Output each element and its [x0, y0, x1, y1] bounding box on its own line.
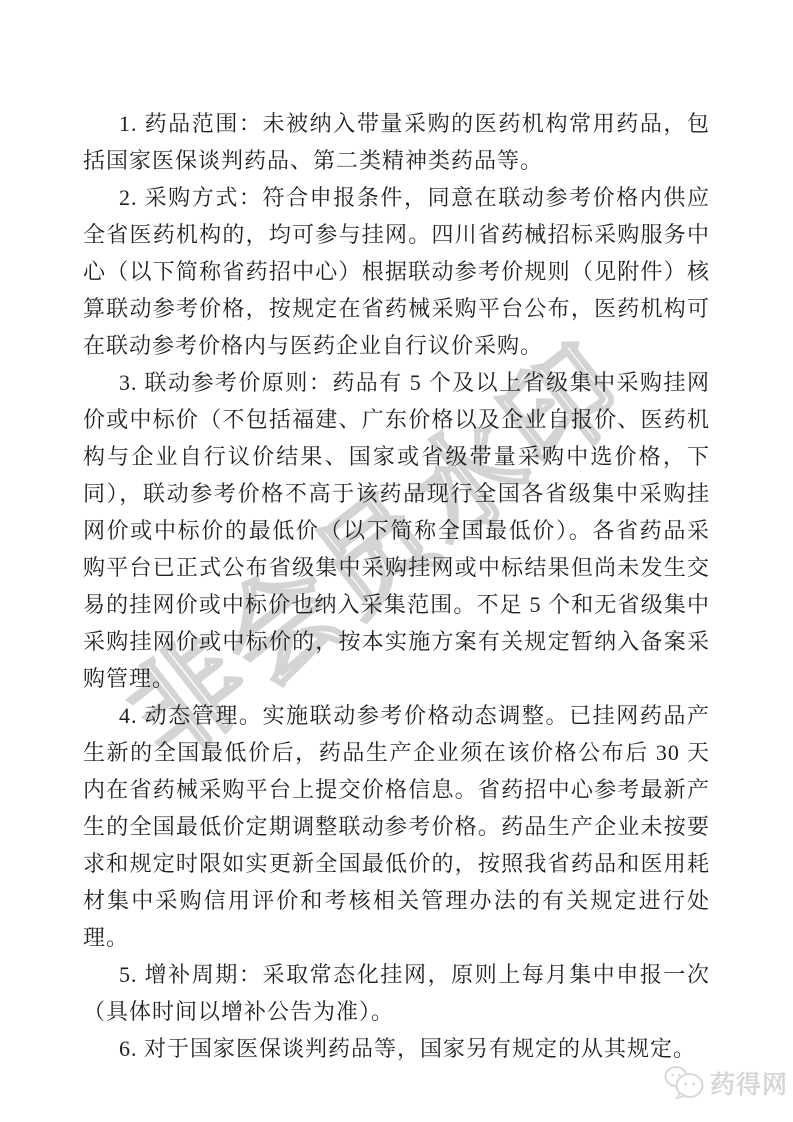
- chat-bubbles-icon: [663, 1065, 705, 1101]
- footer-logo: 药得网: [663, 1064, 788, 1102]
- paragraph-linkage-price-principle: 3. 联动参考价原则：药品有 5 个及以上省级集中采购挂网价或中标价（不包括福建…: [83, 364, 710, 697]
- paragraph-national-negotiated-drugs: 6. 对于国家医保谈判药品等，国家另有规定的从其规定。: [83, 1030, 710, 1067]
- document-page: { "page": { "background": "#ffffff", "te…: [0, 0, 793, 1122]
- paragraph-procurement-method: 2. 采购方式：符合申报条件，同意在联动参考价格内供应全省医药机构的，均可参与挂…: [83, 179, 710, 364]
- paragraph-dynamic-management: 4. 动态管理。实施联动参考价格动态调整。已挂网药品产生新的全国最低价后，药品生…: [83, 697, 710, 956]
- paragraph-drug-scope: 1. 药品范围：未被纳入带量采购的医药机构常用药品，包括国家医保谈判药品、第二类…: [83, 105, 710, 179]
- document-body: 1. 药品范围：未被纳入带量采购的医药机构常用药品，包括国家医保谈判药品、第二类…: [0, 0, 793, 1067]
- paragraph-supplement-cycle: 5. 增补周期：采取常态化挂网，原则上每月集中申报一次（具体时间以增补公告为准）…: [83, 956, 710, 1030]
- footer-logo-text: 药得网: [710, 1065, 788, 1101]
